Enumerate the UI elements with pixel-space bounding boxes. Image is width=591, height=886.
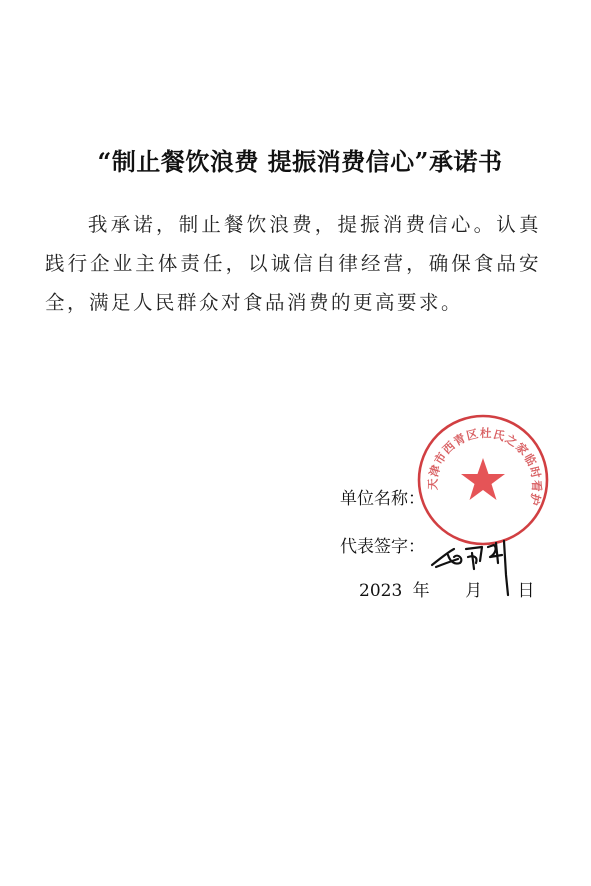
unit-name-label: 单位名称： <box>340 484 425 509</box>
svg-text:天津市西青区杜氏之家临时看护店 1201170063900: 天津市西青区杜氏之家临时看护店 1201170063900 <box>415 412 544 508</box>
red-star-icon <box>461 458 505 500</box>
official-seal: 天津市西青区杜氏之家临时看护店 1201170063900 <box>415 412 551 548</box>
handwritten-signature <box>428 535 518 597</box>
document-title: “制止餐饮浪费 提振消费信心”承诺书 <box>60 142 540 177</box>
date-year: 2023 <box>359 581 402 601</box>
pledge-body-text: 我承诺，制止餐饮浪费，提振消费信心。认真践行企业主体责任，以诚信自律经营，确保食… <box>45 205 541 322</box>
representative-signature-label: 代表签字： <box>340 532 425 557</box>
seal-text: 天津市西青区杜氏之家临时看护店 1201170063900 <box>415 412 544 508</box>
date-day-unit: 日 <box>517 576 534 601</box>
